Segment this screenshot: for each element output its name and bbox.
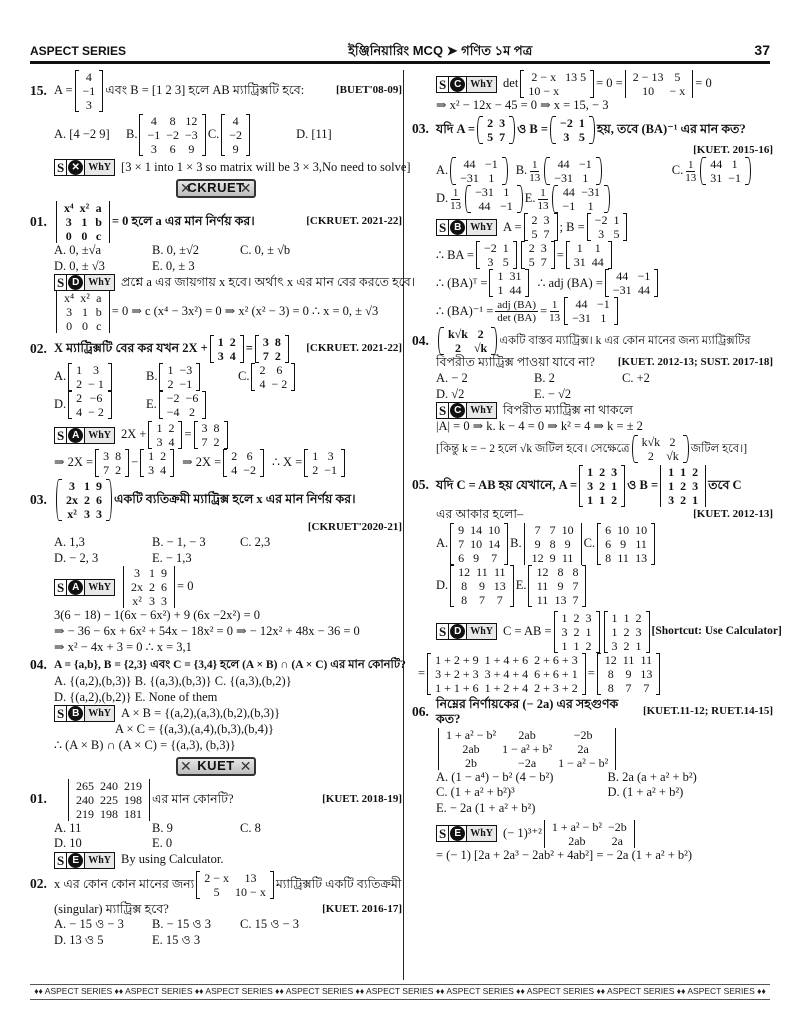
- option-a[interactable]: A.9141071014697: [436, 523, 510, 565]
- solution-text: [3 × 1 into 1 × 3 so matrix will be 3 × …: [121, 160, 411, 176]
- answer-badge: SCWhY: [436, 76, 497, 93]
- option-e[interactable]: E.−2−6−42: [146, 391, 232, 419]
- option-b[interactable]: B. 2: [534, 371, 616, 387]
- option-e[interactable]: E. − 1,3: [152, 551, 234, 567]
- option-b[interactable]: B. 0, ±√2: [152, 243, 234, 259]
- option-d[interactable]: D.2−64− 2: [54, 391, 140, 419]
- option-c[interactable]: C.264− 2: [238, 363, 402, 391]
- option-d[interactable]: D. (1 + a² + b²): [608, 785, 774, 801]
- answer-icon: ✕: [68, 160, 83, 175]
- option-c[interactable]: C. 8: [240, 821, 402, 837]
- question-number: 06.: [412, 704, 436, 721]
- option-b-label[interactable]: B.: [126, 127, 137, 143]
- option-a[interactable]: A. 0, ±√a: [54, 243, 146, 259]
- option-c[interactable]: C. 2,3: [240, 535, 402, 551]
- matrix: 4−13: [75, 70, 104, 112]
- page-header: ASPECT SERIES ইঞ্জিনিয়ারিং MCQ ➤ গণিত ১…: [30, 44, 770, 64]
- option-e[interactable]: E.11344−31−11: [525, 185, 612, 213]
- determinant: x⁴x²a31b00c: [56, 201, 110, 243]
- question-number: 04.: [412, 333, 436, 350]
- option-c[interactable]: C. {(a,3),(b,2)}: [215, 674, 292, 688]
- section-banner-ckruet: CKRUET: [30, 179, 402, 198]
- answer-badge: SBWhY: [436, 219, 497, 236]
- option-e[interactable]: E. None of them: [135, 690, 218, 704]
- solution-note: প্রশ্নে a এর জায়গায় x হবে। অর্থাৎ x এর…: [121, 275, 415, 291]
- question-number: 03.: [30, 492, 54, 509]
- option-a[interactable]: A. − 15 ও − 3: [54, 917, 146, 933]
- option-a[interactable]: A.44−1−311: [436, 157, 510, 185]
- option-e[interactable]: E. 15 ও 3: [152, 933, 234, 949]
- option-c[interactable]: C. 0, ± √b: [240, 243, 402, 259]
- option-b[interactable]: B. {(a,3),(b,3)}: [135, 674, 212, 688]
- answer-badge: SDWhY: [436, 623, 497, 640]
- option-c[interactable]: C. +2: [622, 371, 773, 387]
- option-c[interactable]: C. 15 ও − 3: [240, 917, 402, 933]
- question-15: 15. A = 4−13 এবং B = [1 2 3] হলে AB ম্যা…: [30, 70, 402, 176]
- matrix: 2 − x13510 − x: [196, 871, 274, 899]
- answer-badge: SDWhY: [54, 274, 115, 291]
- option-a[interactable]: A. − 2: [436, 371, 528, 387]
- question-text: = 0 হলে a এর মান নির্ণয় কর।: [112, 214, 255, 230]
- right-column: SCWhY det 2 − x13 510 − x = 0 = 2 − 1351…: [403, 70, 773, 980]
- question-number: 02.: [30, 876, 54, 893]
- option-e[interactable]: E.1288119711137: [516, 565, 589, 607]
- option-a[interactable]: A. 1,3: [54, 535, 146, 551]
- question-text: X ম্যাট্রিক্সটি বের কর যখন 2X +: [54, 341, 208, 357]
- question-text: এবং B = [1 2 3] হলে AB ম্যাট্রিক্সটি হবে…: [105, 83, 304, 99]
- question-05-kuet: 05. যদি C = AB হয় যেখানে, A = 123321112…: [412, 465, 773, 695]
- option-b[interactable]: B. − 1, − 3: [152, 535, 234, 551]
- option-d[interactable]: D. 0, ± √3: [54, 259, 146, 275]
- answer-badge: SEWhY: [436, 825, 497, 842]
- option-c[interactable]: C. (1 + a² + b²)³: [436, 785, 602, 801]
- option-b[interactable]: B.1−32−1: [146, 363, 232, 391]
- option-d[interactable]: D. √2: [436, 387, 528, 403]
- series-name: ASPECT SERIES: [30, 44, 126, 59]
- source-tag: [CKRUET. 2021-22]: [306, 215, 402, 229]
- question-number: 04.: [30, 657, 54, 674]
- option-d[interactable]: D. 13 ও 5: [54, 933, 146, 949]
- source-tag: [KUET.11-12; RUET.14-15]: [643, 705, 773, 719]
- question-number: 03.: [412, 121, 436, 138]
- source-tag: [KUET. 2012-13; SUST. 2017-18]: [618, 356, 773, 370]
- solution-work: 3(6 − 18) − 1(6x − 6x²) + 9 (6x −2x²) = …: [30, 608, 402, 655]
- option-c-label[interactable]: C.: [208, 127, 219, 143]
- option-e[interactable]: E. 0, ± 3: [152, 259, 234, 275]
- question-number: 02.: [30, 341, 54, 358]
- answer-badge: S✕WhY: [54, 159, 115, 176]
- source-tag: [KUET. 2012-13]: [693, 508, 773, 522]
- question-03-kuet: 03. যদি A = 2357 ও B = −2135 হয়, তবে (B…: [412, 116, 773, 326]
- option-b[interactable]: B.11344−1−311: [516, 157, 604, 185]
- source-tag: [CKRUET. 2021-22]: [306, 342, 402, 356]
- source-tag: [KUET. 2018-19]: [322, 793, 402, 807]
- question-text: একটি ব্যতিক্রমী ম্যাট্রিক্স হলে x এর মান…: [114, 492, 356, 508]
- matrix: 4−29: [221, 114, 250, 156]
- question-text: A =: [54, 83, 73, 99]
- option-d[interactable]: D.1211118913877: [436, 565, 516, 607]
- solution-work: = 0 ⇒ c (x⁴ − 3x²) = 0 ⇒ x² (x² − 3) = 0…: [112, 304, 378, 320]
- option-b[interactable]: B. − 15 ও 3: [152, 917, 234, 933]
- option-a[interactable]: A. 11: [54, 821, 146, 837]
- determinant: 1 + a² − b²2ab−2b2ab1 − a² + b²2a2b−2a1 …: [438, 728, 616, 770]
- source-tag: [KUET. 2015-16]: [693, 144, 773, 158]
- matrix: 1234: [210, 335, 244, 363]
- option-e[interactable]: E. − 2a (1 + a² + b²): [436, 801, 602, 817]
- option-a[interactable]: A. [4 −2 9]: [54, 127, 126, 143]
- option-d[interactable]: D. 10: [54, 836, 146, 852]
- option-d[interactable]: D. {(a,2),(b,2)}: [54, 690, 132, 704]
- option-b[interactable]: B. 2a (a + a² + b²): [608, 770, 774, 786]
- question-number: 01.: [30, 214, 54, 231]
- option-a[interactable]: A. (1 − a⁴) − b² (4 − b²): [436, 770, 602, 786]
- question-02-ckruet: 02. X ম্যাট্রিক্সটি বের কর যখন 2X + 1234…: [30, 335, 402, 477]
- answer-badge: SCWhY: [436, 402, 497, 419]
- answer-badge: SEWhY: [54, 852, 115, 869]
- question-02-kuet-solution: SCWhY det 2 − x13 510 − x = 0 = 2 − 1351…: [412, 70, 773, 114]
- option-b[interactable]: B. 9: [152, 821, 234, 837]
- question-06-kuet: 06. নিম্নের নির্ণায়কের (− 2a) এর সহগুণক…: [412, 697, 773, 864]
- question-text: A = {a,b}, B = {2,3} এবং C = {3,4} হলে (…: [54, 658, 406, 672]
- source-tag: [BUET'08-09]: [336, 84, 402, 98]
- determinant: x⁴x²a31b00c: [56, 291, 110, 333]
- option-e[interactable]: E. 0: [152, 836, 234, 852]
- question-number: 15.: [30, 83, 54, 100]
- option-d[interactable]: D. − 2, 3: [54, 551, 146, 567]
- matrix: 3872: [255, 335, 289, 363]
- question-text: এর মান কোনটি?: [152, 792, 234, 808]
- answer-badge: SAWhY: [54, 427, 115, 444]
- question-04-kuet: 04. k√k22√k একটি বাস্তব ম্যাট্রিক্স। k এ…: [412, 327, 773, 463]
- left-column: 15. A = 4−13 এবং B = [1 2 3] হলে AB ম্যা…: [30, 70, 402, 951]
- question-number: 05.: [412, 477, 436, 494]
- page-number: 37: [754, 42, 770, 60]
- matrix: 4812−1−2−3369: [139, 114, 205, 156]
- solution-text: By using Calculator.: [121, 852, 223, 868]
- matrix: 3192x26x²33: [56, 479, 112, 521]
- option-a[interactable]: A. {(a,2),(b,3)}: [54, 674, 132, 688]
- question-04-ckruet: 04. A = {a,b}, B = {2,3} এবং C = {3,4} হ…: [30, 657, 402, 753]
- option-d[interactable]: D.113−31144−1: [436, 185, 525, 213]
- answer-badge: SAWhY: [54, 579, 115, 596]
- source-tag: [KUET. 2016-17]: [322, 903, 402, 917]
- question-number: 01.: [30, 791, 54, 808]
- option-a[interactable]: A.132− 1: [54, 363, 140, 391]
- option-c[interactable]: C.11344131−1: [672, 157, 753, 185]
- source-tag: [CKRUET'2020-21]: [308, 521, 402, 535]
- option-c[interactable]: C.61010691181113: [584, 523, 657, 565]
- page-title: ইঞ্জিনিয়ারিং MCQ ➤ গণিত ১ম পত্র: [348, 43, 532, 59]
- option-b[interactable]: B.771098912911: [510, 523, 583, 565]
- section-banner-kuet: KUET: [30, 757, 402, 776]
- determinant: 265240219240225198219198181: [68, 779, 150, 821]
- question-01-kuet: 01. 265240219240225198219198181 এর মান ক…: [30, 779, 402, 869]
- answer-badge: SBWhY: [54, 705, 115, 722]
- option-e[interactable]: E. − √2: [534, 387, 616, 403]
- option-d[interactable]: D. [11]: [296, 127, 332, 143]
- question-02-kuet: 02. x এর কোন কোন মানের জন্য 2 − x13510 −…: [30, 871, 402, 949]
- question-03-ckruet: 03. 3192x26x²33 একটি ব্যতিক্রমী ম্যাট্রি…: [30, 479, 402, 655]
- page-footer: ♦♦ ASPECT SERIES ♦♦ ASPECT SERIES ♦♦ ASP…: [30, 984, 770, 1000]
- question-01-ckruet: 01. x⁴x²a31b00c = 0 হলে a এর মান নির্ণয়…: [30, 201, 402, 333]
